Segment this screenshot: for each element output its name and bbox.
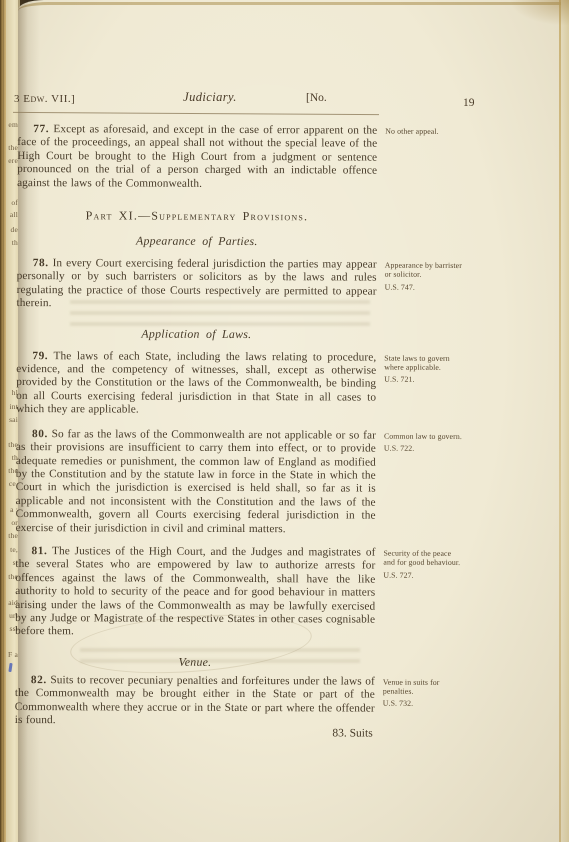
section-text: The Justices of the High Court, and the … <box>15 545 375 638</box>
section-number: 80. <box>32 428 48 440</box>
subheading-application-of-laws: Application of Laws. <box>16 326 376 343</box>
margin-note-text: Venue in suits for penalties. <box>383 677 463 696</box>
header-regnal-year: 3 Edw. VII.] <box>14 93 75 105</box>
margin-note-80: Common law to govern. U.S. 722. <box>376 429 464 537</box>
section-number: 77. <box>33 123 49 135</box>
section-81-paragraph: 81. The Justices of the High Court, and … <box>15 545 375 640</box>
subheading-venue: Venue. <box>15 654 375 671</box>
margin-spacer <box>375 728 463 740</box>
header-number-bracket: [No. <box>306 92 327 104</box>
section-text: So far as the laws of the Commonwealth a… <box>16 428 376 535</box>
section-text: Suits to recover pecuniary penalties and… <box>15 674 375 726</box>
section-text: In every Court exercising federal jurisd… <box>17 257 377 309</box>
section-77-paragraph: 77. Except as aforesaid, and except in t… <box>17 123 377 192</box>
margin-spacer <box>376 327 464 342</box>
adjacent-page-text-fragment: the <box>6 143 18 152</box>
margin-spacer <box>377 210 465 225</box>
page-number: 19 <box>463 97 475 109</box>
section-78-paragraph: 78. In every Court exercising federal ju… <box>17 257 377 312</box>
margin-note-text: Common law to govern. <box>384 431 464 441</box>
section-82-paragraph: 82. Suits to recover pecuniary penalties… <box>15 674 375 729</box>
margin-note-78: Appearance by barrister or solicitor. U.… <box>377 259 465 313</box>
section-79-paragraph: 79. The laws of each State, including th… <box>16 350 376 419</box>
margin-note-79: State laws to govern where applicable. U… <box>376 351 464 418</box>
margin-note-text: State laws to govern where applicable. <box>384 353 464 372</box>
section-text: Except as aforesaid, and except in the c… <box>17 123 377 189</box>
margin-spacer <box>377 235 465 250</box>
subheading-appearance-of-parties: Appearance of Parties. <box>17 233 377 250</box>
page-corner-shading <box>509 0 569 26</box>
fore-edge-line <box>559 0 561 842</box>
margin-note-81: Security of the peace and for good behav… <box>375 547 463 641</box>
fore-edge-strip <box>561 0 569 842</box>
margin-note-77: No other appeal. <box>377 125 465 192</box>
book-page-photo: emtheereofalldethhlintsaitheththece.a ;o… <box>0 0 569 842</box>
us-statute-reference: U.S. 727. <box>383 570 463 580</box>
header-title: Judiciary. <box>150 90 270 105</box>
margin-note-text: Appearance by barrister or solicitor. <box>385 261 465 280</box>
section-number: 82. <box>31 674 47 686</box>
us-statute-reference: U.S. 747. <box>385 282 465 292</box>
part-heading: Part XI.—Supplementary Provisions. <box>17 208 377 225</box>
us-statute-reference: U.S. 721. <box>384 375 464 385</box>
page-body: 77. Except as aforesaid, and except in t… <box>15 123 466 740</box>
us-statute-reference: U.S. 722. <box>384 444 464 454</box>
margin-note-text: Security of the peace and for good behav… <box>383 549 463 568</box>
catchword-next-section: 83. Suits <box>15 726 375 740</box>
adjacent-page-text-fragment: em <box>6 120 18 129</box>
section-80-paragraph: 80. So far as the laws of the Commonweal… <box>16 428 376 537</box>
margin-spacer <box>375 655 463 670</box>
section-number: 78. <box>33 257 49 269</box>
margin-note-82: Venue in suits for penalties. U.S. 732. <box>375 675 463 729</box>
section-number: 79. <box>32 350 48 362</box>
section-text: The laws of each State, including the la… <box>16 350 376 416</box>
section-number: 81. <box>31 545 47 557</box>
us-statute-reference: U.S. 732. <box>383 699 463 709</box>
margin-note-text: No other appeal. <box>385 127 465 137</box>
